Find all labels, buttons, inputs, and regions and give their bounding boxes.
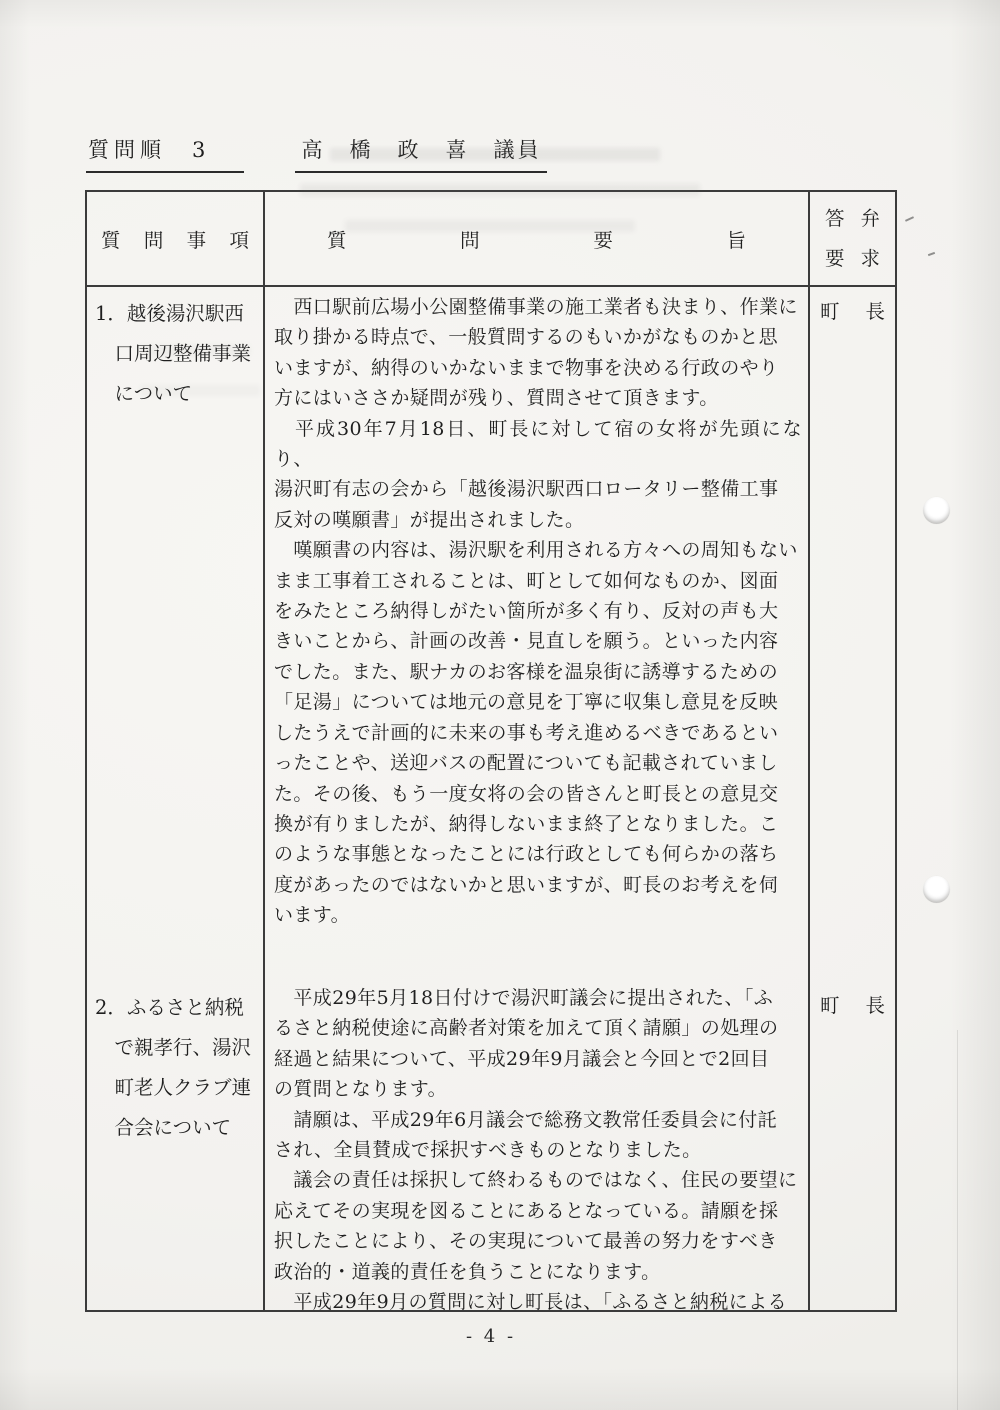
punch-hole-top (923, 497, 950, 524)
header-item-cell: 質問事項 (87, 192, 265, 285)
bleed-through-artifact (140, 345, 250, 356)
summary-column: 西口駅前広場小公園整備事業の施工業者も決まり、作業に 取り掛かる時点で、一般質問… (265, 287, 810, 1310)
answerer-2: 町長 (810, 990, 895, 1018)
bleed-through-artifact (330, 148, 660, 161)
scan-speck (905, 216, 914, 222)
punch-hole-bottom (923, 876, 950, 903)
question-table: 質問事項 質問要旨 答弁 要求 1．越後湯沢駅西 口周辺整備事業 について 2．… (85, 190, 897, 1312)
table-body-row: 1．越後湯沢駅西 口周辺整備事業 について 2．ふるさと納税 で親孝行、湯沢 町… (87, 287, 895, 1310)
question-order-label: 質問順 3 (86, 134, 244, 173)
header-answer-line2: 要求 (810, 246, 895, 272)
bleed-through-artifact (345, 220, 635, 232)
question-summary-2: 平成29年5月18日付けで湯沢町議会に提出された、「ふ るさと納税使途に高齢者対… (274, 983, 802, 1310)
question-summary-1: 西口駅前広場小公園整備事業の施工業者も決まり、作業に 取り掛かる時点で、一般質問… (274, 292, 802, 931)
header-summary-cell: 質問要旨 (265, 192, 810, 285)
answer-column: 町長 町長 (810, 287, 895, 1310)
paper-crease (957, 1030, 958, 1410)
answerer-1: 町長 (810, 296, 895, 324)
header-item-label: 質問事項 (87, 225, 263, 253)
header-answer-line1: 答弁 (810, 206, 895, 232)
header-answer-request-cell: 答弁 要求 (810, 192, 895, 285)
page-number: - 4 - (85, 1326, 897, 1347)
item-column: 1．越後湯沢駅西 口周辺整備事業 について 2．ふるさと納税 で親孝行、湯沢 町… (87, 287, 265, 1310)
question-item-2: 2．ふるさと納税 で親孝行、湯沢 町老人クラブ連 合会について (87, 988, 263, 1148)
scanned-document-page: 質問順 3 高 橋 政 喜 議員 質問事項 質問要旨 答弁 要求 1．越後湯沢駅… (0, 0, 1000, 1410)
bleed-through-artifact (300, 184, 700, 196)
table-header-row: 質問事項 質問要旨 答弁 要求 (87, 192, 895, 287)
scan-speck (928, 252, 935, 256)
bleed-through-artifact (140, 385, 260, 396)
